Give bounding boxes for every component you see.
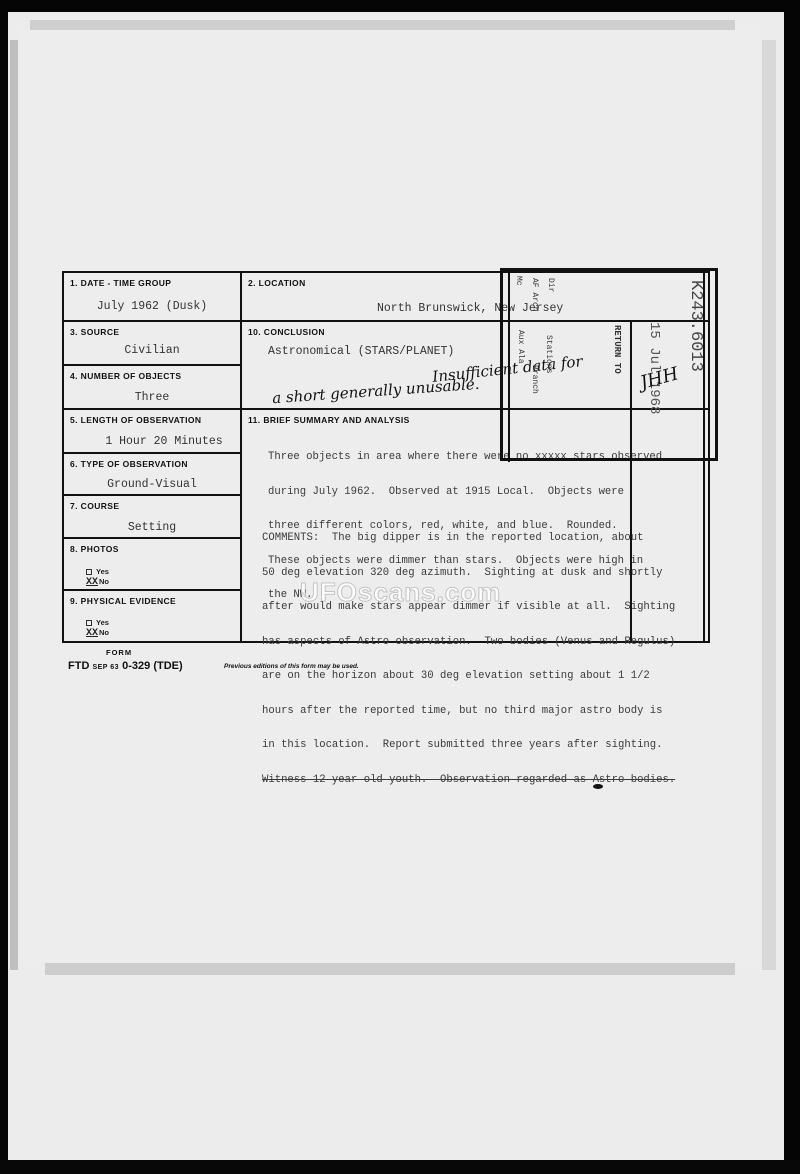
comments-line: Witness 12 year old youth. Observation r… — [262, 775, 732, 787]
location-label: 2. LOCATION — [248, 278, 306, 288]
scan-edge-right — [762, 40, 776, 970]
type-of-observation-cell: 6. TYPE OF OBSERVATION Ground-Visual — [64, 454, 240, 496]
number-of-objects-value: Three — [64, 391, 240, 404]
source-label: 3. SOURCE — [70, 327, 119, 337]
type-of-observation-label: 6. TYPE OF OBSERVATION — [70, 459, 188, 469]
conclusion-label: 10. CONCLUSION — [248, 327, 325, 337]
photos-yes-checkbox: Yes — [86, 567, 109, 576]
scan-border-bottom — [0, 1160, 800, 1174]
archive-stamp-inner-line — [508, 272, 512, 462]
stamp-line-5: Branch — [530, 365, 539, 394]
physical-evidence-cell: 9. PHYSICAL EVIDENCE Yes XXNo — [64, 591, 240, 641]
course-value: Setting — [64, 521, 240, 534]
stamp-line-2: AF Arch — [530, 278, 539, 312]
date-time-group-value: July 1962 (Dusk) — [64, 300, 240, 313]
number-of-objects-label: 4. NUMBER OF OBJECTS — [70, 371, 181, 381]
form-word: FORM — [106, 648, 132, 657]
conclusion-value: Astronomical (STARS/PLANET) — [268, 345, 454, 358]
length-of-observation-cell: 5. LENGTH OF OBSERVATION 1 Hour 20 Minut… — [64, 410, 240, 454]
scan-edge-left — [10, 40, 18, 970]
physical-evidence-yes-checkbox: Yes — [86, 618, 109, 627]
ink-speck — [593, 784, 603, 789]
source-cell: 3. SOURCE Civilian — [64, 322, 240, 366]
photos-cell: 8. PHOTOS Yes XXNo — [64, 539, 240, 591]
handwritten-note-line-2: a short generally unusable. — [272, 375, 480, 407]
stamp-line-1: Mc — [514, 276, 523, 286]
stamp-line-6: Stations — [544, 335, 553, 373]
comments-text: COMMENTS: The big dipper is in the repor… — [262, 510, 732, 809]
date-time-group-cell: 1. DATE - TIME GROUP July 1962 (Dusk) — [64, 273, 240, 322]
number-of-objects-cell: 4. NUMBER OF OBJECTS Three — [64, 366, 240, 410]
scan-shadow-bottom — [45, 963, 735, 975]
summary-label: 11. BRIEF SUMMARY AND ANALYSIS — [248, 415, 410, 425]
physical-evidence-no-checkbox: XXNo — [86, 628, 109, 639]
form-id: FTD SEP 63 0-329 (TDE) — [68, 660, 183, 672]
left-column: 1. DATE - TIME GROUP July 1962 (Dusk) 3.… — [64, 273, 242, 641]
checkbox-empty-icon — [86, 620, 92, 626]
source-value: Civilian — [64, 344, 240, 357]
checkbox-empty-icon — [86, 569, 92, 575]
stamp-line-4: Aux Ala — [516, 330, 525, 364]
archive-stamp-divider — [630, 320, 632, 642]
stamp-file-number: K243.6013 — [686, 280, 705, 372]
watermark: UFOscans.com — [300, 577, 501, 608]
date-time-group-label: 1. DATE - TIME GROUP — [70, 278, 171, 288]
comments-line: in this location. Report submitted three… — [262, 740, 732, 752]
comments-line: hours after the reported time, but no th… — [262, 706, 732, 718]
physical-evidence-label: 9. PHYSICAL EVIDENCE — [70, 596, 176, 606]
stamp-return-to: RETURN TO — [612, 325, 622, 374]
course-cell: 7. COURSE Setting — [64, 496, 240, 539]
comments-line: COMMENTS: The big dipper is in the repor… — [262, 533, 732, 545]
stamp-line-3: Dir — [546, 278, 555, 292]
length-of-observation-label: 5. LENGTH OF OBSERVATION — [70, 415, 201, 425]
comments-line: has aspects of Astro observation. Two bo… — [262, 637, 732, 649]
comments-line: are on the horizon about 30 deg elevatio… — [262, 671, 732, 683]
type-of-observation-value: Ground-Visual — [64, 478, 240, 491]
summary-line: during July 1962. Observed at 1915 Local… — [268, 487, 738, 499]
length-of-observation-value: 1 Hour 20 Minutes — [76, 435, 252, 448]
photos-no-checkbox: XXNo — [86, 577, 109, 588]
course-label: 7. COURSE — [70, 501, 119, 511]
previous-editions-note: Previous editions of this form may be us… — [224, 663, 359, 670]
scan-shadow-top — [30, 20, 735, 30]
photos-label: 8. PHOTOS — [70, 544, 119, 554]
